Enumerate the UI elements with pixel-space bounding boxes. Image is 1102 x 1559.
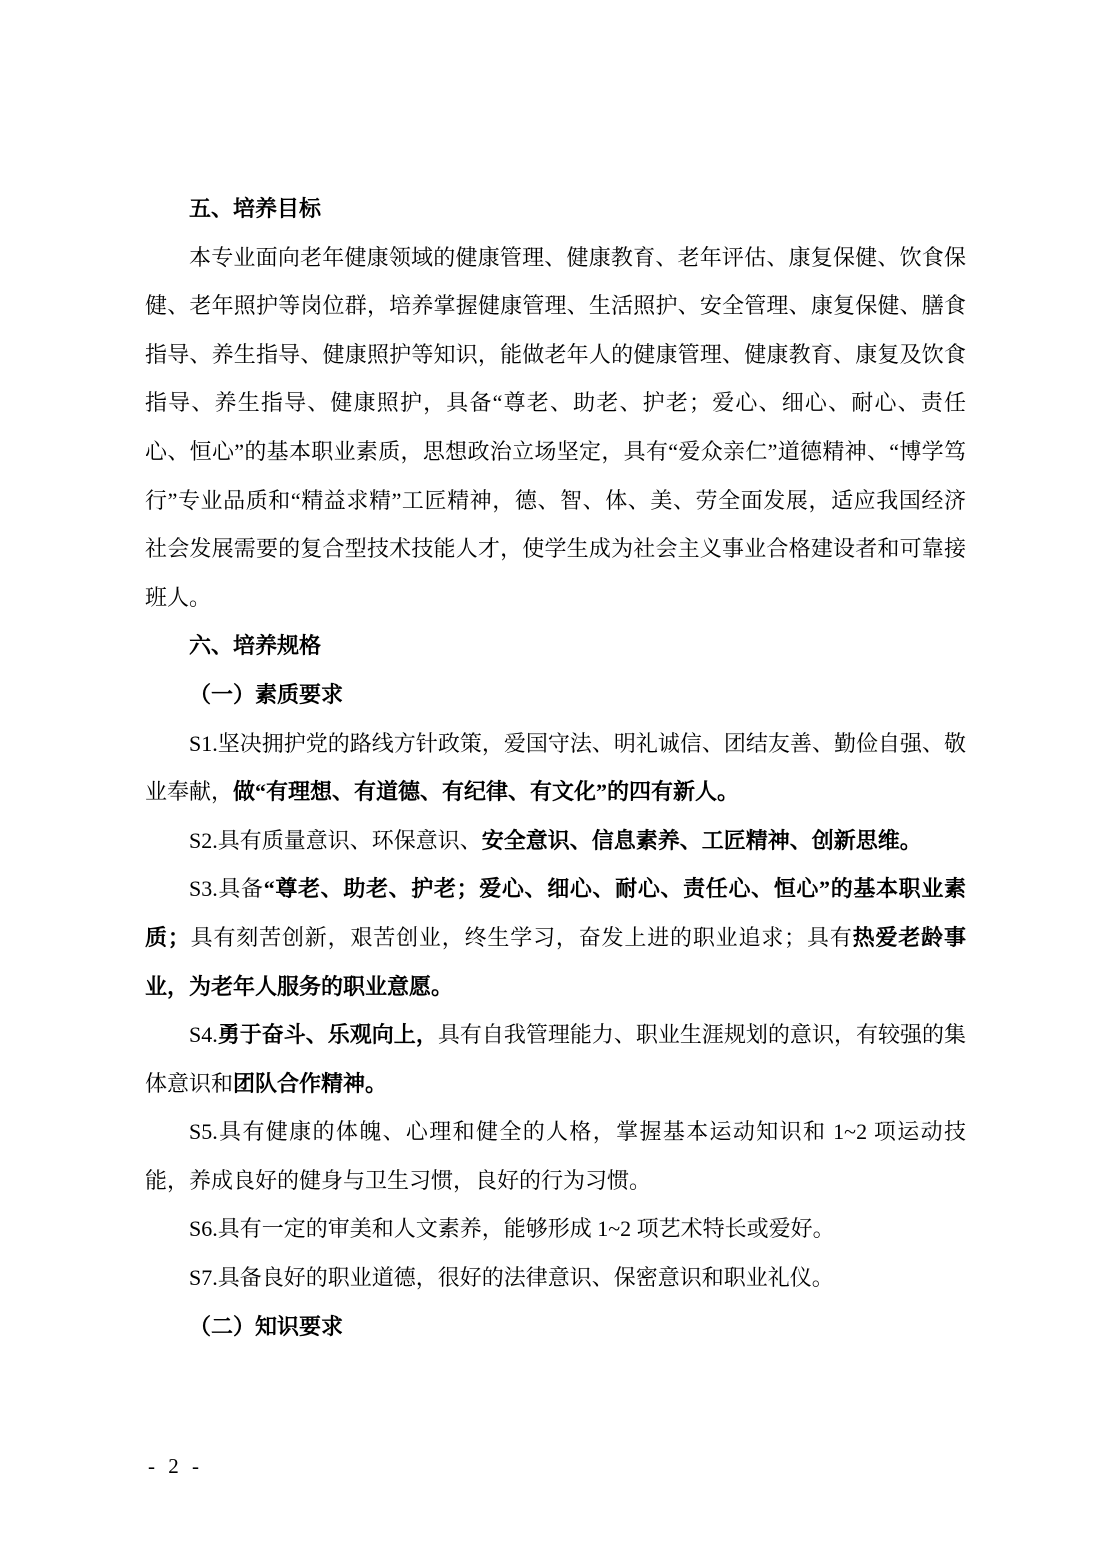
section-heading-6: 六、培养规格 [145, 622, 966, 671]
page-number: - 2 - [148, 1452, 203, 1480]
text-run: S3.具备 [189, 876, 264, 901]
subsection-heading-quality: （一）素质要求 [145, 671, 966, 720]
heading-text: 五、培养目标 [189, 196, 321, 221]
text-run: S2.具有质量意识、环保意识、 [189, 828, 482, 853]
text-run: 具有刻苦创新，艰苦创业，终生学习，奋发上进的职业追求；具有 [190, 925, 853, 950]
text-run-bold: 勇于奋斗、乐观向上， [218, 1022, 438, 1047]
paragraph-training-objective: 本专业面向老年健康领域的健康管理、健康教育、老年评估、康复保健、饮食保健、老年照… [145, 234, 966, 623]
heading-text: 六、培养规格 [189, 633, 321, 658]
text-run: S4. [189, 1022, 218, 1047]
paragraph-s4: S4.勇于奋斗、乐观向上，具有自我管理能力、职业生涯规划的意识，有较强的集体意识… [145, 1011, 966, 1108]
text-run-bold: 团队合作精神。 [233, 1071, 387, 1096]
document-page: 五、培养目标 本专业面向老年健康领域的健康管理、健康教育、老年评估、康复保健、饮… [0, 0, 1102, 1559]
paragraph-s3: S3.具备“尊老、助老、护老；爱心、细心、耐心、责任心、恒心”的基本职业素质；具… [145, 865, 966, 1011]
paragraph-s2: S2.具有质量意识、环保意识、安全意识、信息素养、工匠精神、创新思维。 [145, 817, 966, 866]
heading-text: （二）知识要求 [189, 1314, 343, 1339]
paragraph-s6: S6.具有一定的审美和人文素养，能够形成 1~2 项艺术特长或爱好。 [145, 1205, 966, 1254]
text-run: S6.具有一定的审美和人文素养，能够形成 1~2 项艺术特长或爱好。 [189, 1216, 835, 1241]
text-run-bold: 安全意识、信息素养、工匠精神、创新思维。 [482, 828, 922, 853]
heading-text: （一）素质要求 [189, 682, 343, 707]
paragraph-s5: S5.具有健康的体魄、心理和健全的人格，掌握基本运动知识和 1~2 项运动技能，… [145, 1108, 966, 1205]
page-content: 五、培养目标 本专业面向老年健康领域的健康管理、健康教育、老年评估、康复保健、饮… [145, 185, 966, 1351]
text-run: S7.具备良好的职业道德，很好的法律意识、保密意识和职业礼仪。 [189, 1265, 834, 1290]
section-heading-5: 五、培养目标 [145, 185, 966, 234]
subsection-heading-knowledge: （二）知识要求 [145, 1303, 966, 1352]
paragraph-s1: S1.坚决拥护党的路线方针政策，爱国守法、明礼诚信、团结友善、勤俭自强、敬业奉献… [145, 720, 966, 817]
paragraph-s7: S7.具备良好的职业道德，很好的法律意识、保密意识和职业礼仪。 [145, 1254, 966, 1303]
text-run: 本专业面向老年健康领域的健康管理、健康教育、老年评估、康复保健、饮食保健、老年照… [145, 245, 966, 610]
text-run-bold: 做“有理想、有道德、有纪律、有文化”的四有新人。 [233, 779, 739, 804]
text-run: S5.具有健康的体魄、心理和健全的人格，掌握基本运动知识和 1~2 项运动技能，… [145, 1119, 966, 1193]
